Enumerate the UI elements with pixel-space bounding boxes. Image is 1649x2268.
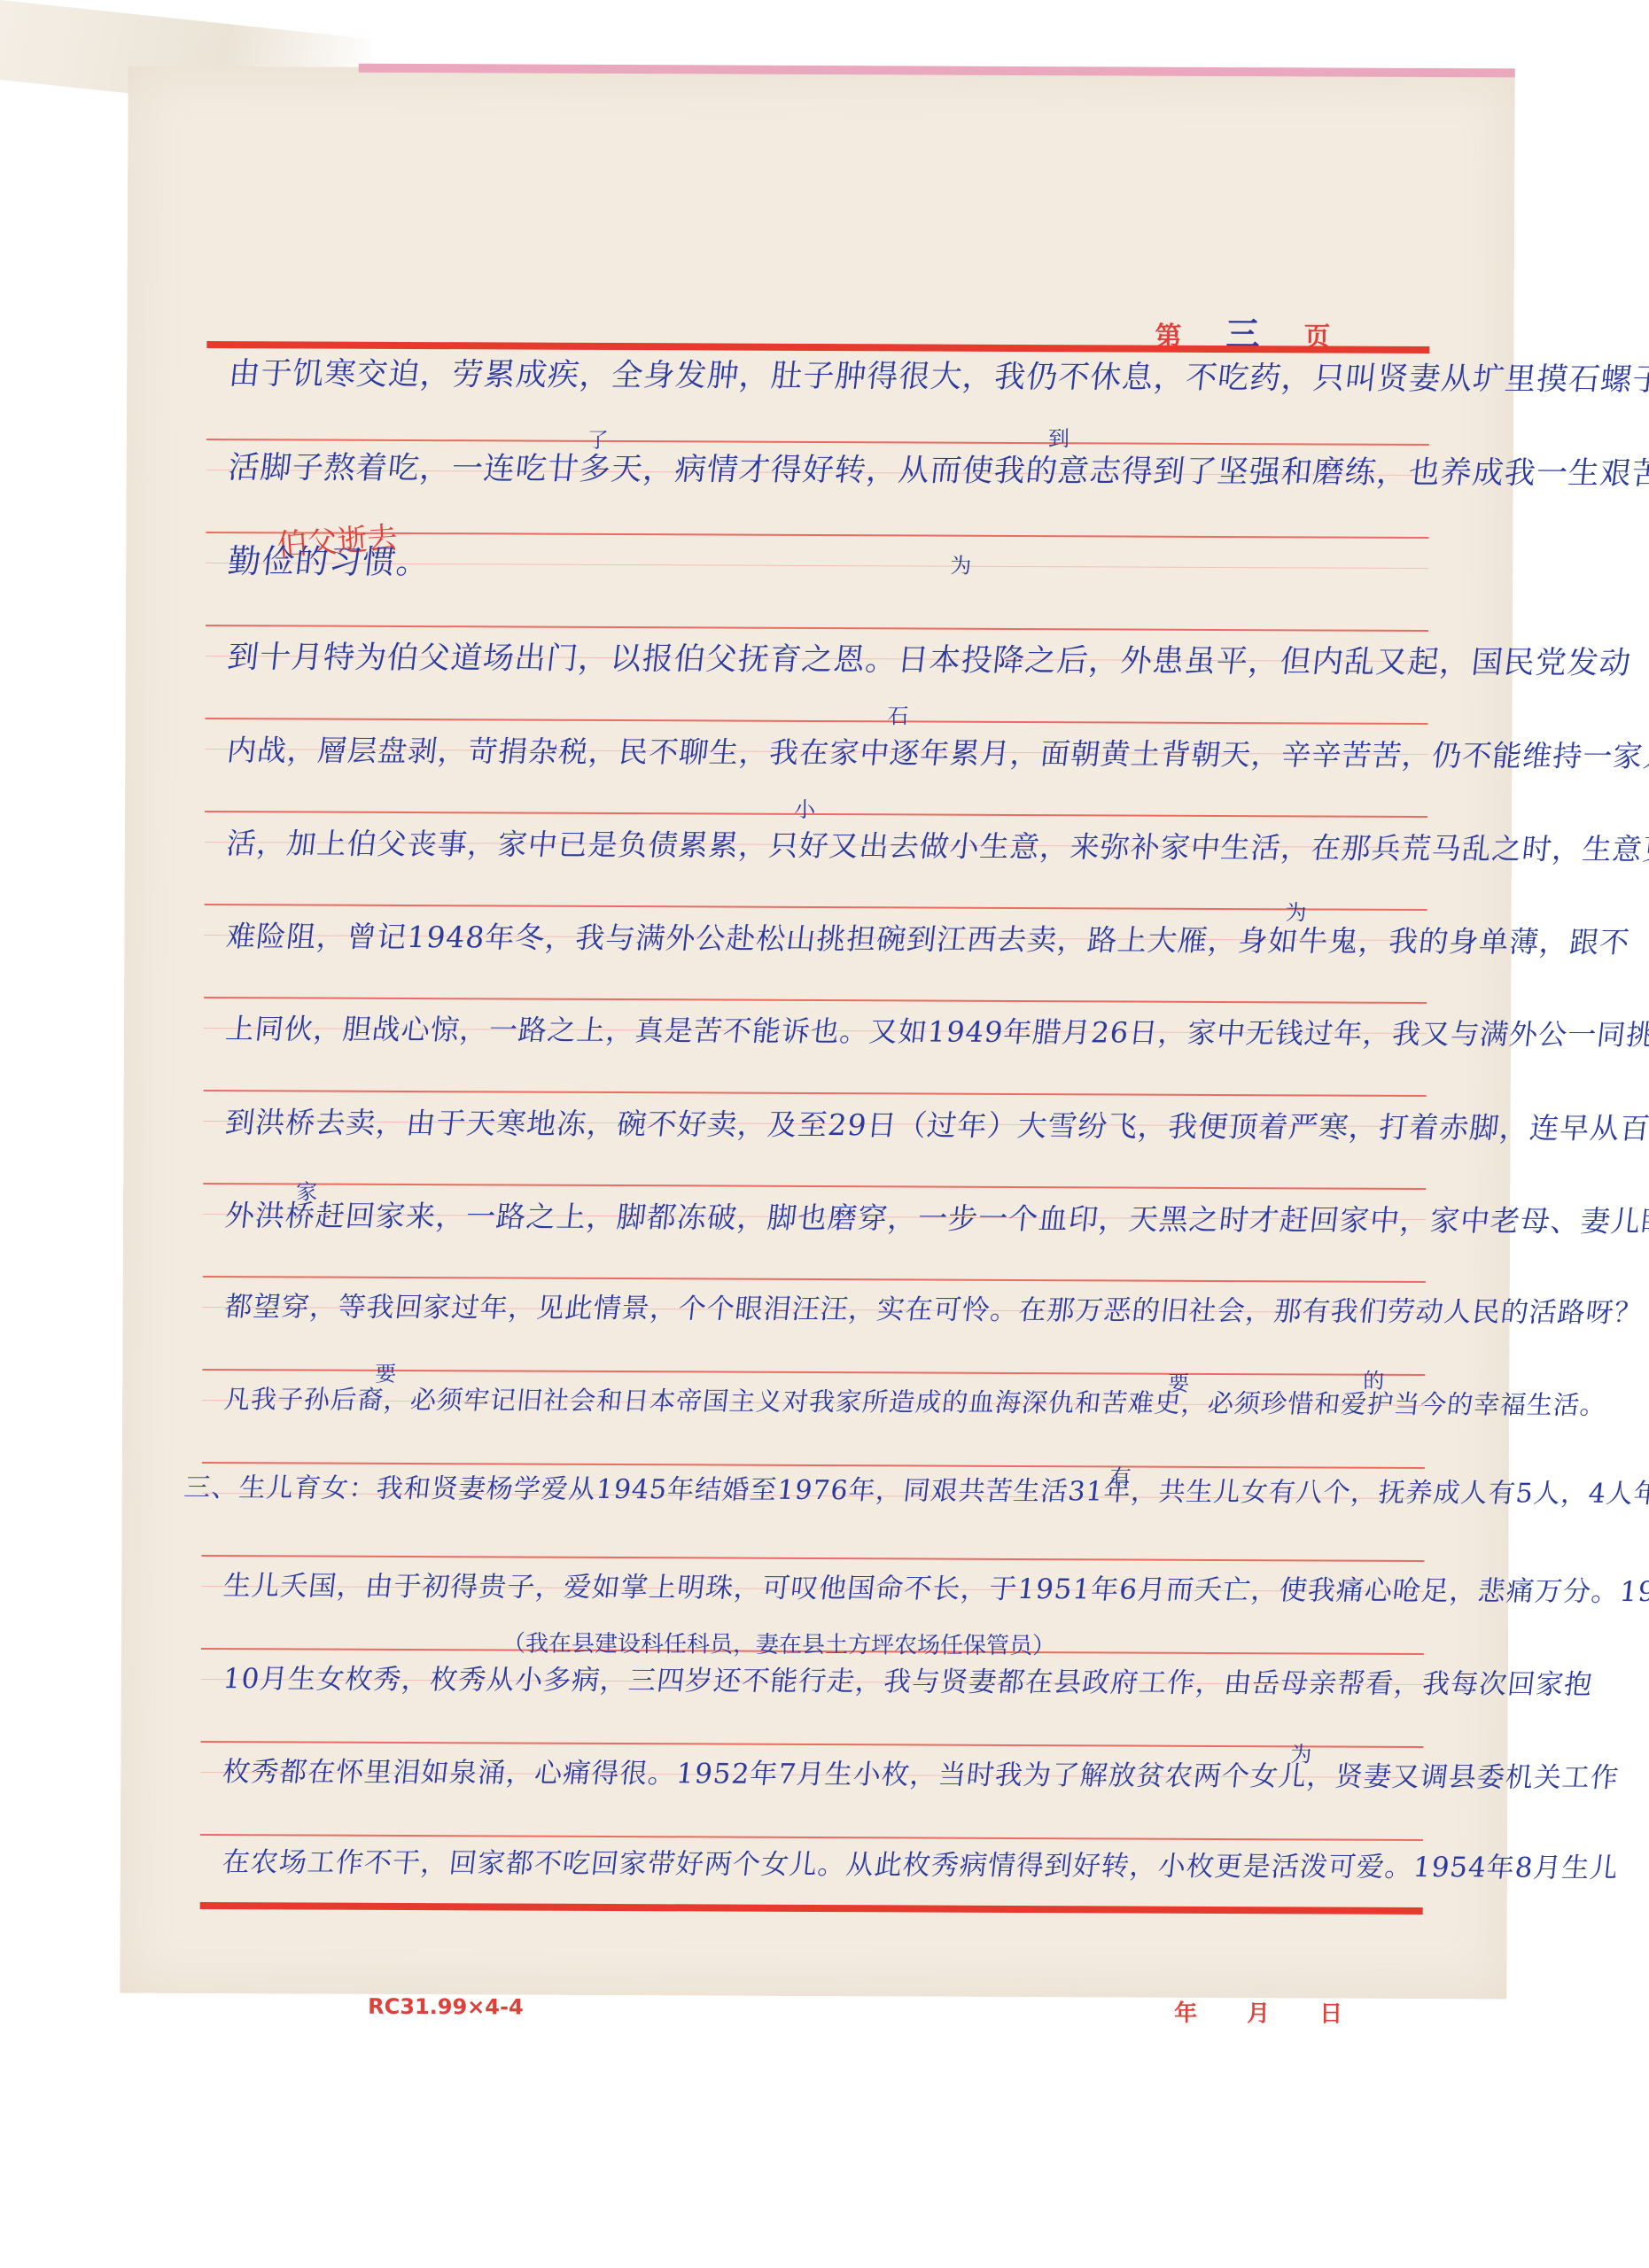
text-line-16: 枚秀都在怀里泪如泉涌，心痛得很。1952年7月生小枚，当时我为了解放贫农两个女儿…: [222, 1759, 1465, 1791]
caret-insert: 的: [1363, 1363, 1384, 1394]
ruled-line: [204, 1090, 1427, 1097]
text-line-1: 由于饥寒交迫，劳累成疾，全身发肿，肚子肿得很大，我仍不休息，不吃药，只叫贤妻从圹…: [227, 359, 1471, 395]
caret-insert: 要: [375, 1356, 396, 1387]
page-top-edge: [359, 64, 1515, 78]
caret-insert: 为: [950, 548, 971, 579]
text-line-4: 到十月特为伯父道场出门，以报伯父抚育之恩。日本投降之后，外患虽平，但内乱又起，国…: [226, 642, 1470, 679]
ruled-line: [206, 718, 1428, 725]
text-line-7: 难险阻，曾记1948年冬，我与满外公赴松山挑担碗到江西去卖，路上大雁，身如牛鬼，…: [225, 921, 1469, 956]
ruled-line: [202, 1462, 1425, 1469]
text-line-14: 生儿夭国，由于初得贵子，爱如掌上明珠，可叹他国命不长，于1951年6月而夭亡，使…: [222, 1573, 1466, 1605]
footer-rule: [200, 1902, 1423, 1915]
caret-insert: 为: [1290, 1736, 1311, 1767]
text-line-15: 10月生女枚秀，枚秀从小多病，三四岁还不能行走，我与贤妻都在县政府工作，由岳母亲…: [222, 1666, 1465, 1698]
text-line-3a: 勤俭的习惯。: [226, 542, 432, 581]
inserted-note-parenthetical: （我在县建设科任科员，妻在县土方坪农场任保管员）: [502, 1625, 1055, 1660]
date-day-label: 日: [1319, 1995, 1342, 2028]
ruled-line: [206, 439, 1429, 446]
manuscript-page: 第 三 页 伯父逝去 由于饥寒交迫，劳累成疾，全身发肿，肚子肿得很大，我仍不休息…: [120, 66, 1514, 2000]
ruled-line: [206, 625, 1428, 632]
ruled-line: [200, 1834, 1423, 1841]
caret-insert: 有: [1110, 1459, 1132, 1490]
text-line-3: 勤俭的习惯。: [226, 545, 1470, 583]
caret-insert: 到: [1048, 421, 1070, 452]
ruled-line: [203, 1276, 1426, 1283]
text-line-8: 上同伙，胆战心惊，一路之上，真是苦不能诉也。又如1949年腊月26日，家中无钱过…: [224, 1014, 1467, 1048]
caret-insert: 要: [1168, 1366, 1189, 1397]
text-line-11: 都望穿，等我回家过年，见此情景，个个眼泪汪汪，实在可怜。在那万恶的旧社会，那有我…: [223, 1293, 1466, 1326]
date-month-label: 月: [1247, 1995, 1270, 2028]
form-code: RC31.99×4-4: [368, 1994, 524, 2020]
ruled-line: [205, 811, 1427, 818]
text-line-10: 外洪桥赶回家来，一路之上，脚都冻破，脚也磨穿，一步一个血印，天黑之时才赶回家中，…: [223, 1200, 1467, 1235]
ruled-line: [203, 1183, 1426, 1190]
ruled-line: [200, 1741, 1423, 1748]
date-field: 年 月 日: [1174, 1995, 1342, 2029]
text-line-13-section-three: 三、生儿育女：我和贤妻杨学爱从1945年结婚至1976年，同艰共苦生活31年，共…: [183, 1475, 1426, 1507]
text-line-12: 凡我子孙后裔，必须牢记旧社会和日本帝国主义对我家所造成的血海深仇和苦难史，必须珍…: [223, 1386, 1466, 1417]
caret-insert: 小: [794, 792, 815, 823]
caret-insert: 石: [887, 698, 908, 729]
caret-insert: 了: [587, 423, 609, 454]
text-line-6: 活，加上伯父丧事，家中已是负债累累，只好又出去做小生意，来弥补家中生活，在那兵荒…: [225, 828, 1469, 863]
text-line-17: 在农场工作不干，回家都不吃回家带好两个女儿。从此枚秀病情得到好转，小枚更是活泼可…: [221, 1849, 1464, 1882]
ruled-line: [205, 904, 1427, 911]
ruled-line: [201, 1555, 1424, 1562]
date-year-label: 年: [1174, 1995, 1197, 2028]
caret-insert: 为: [1286, 895, 1307, 926]
caret-insert: 家: [296, 1174, 317, 1205]
text-line-9: 到洪桥去卖，由于天寒地冻，碗不好卖，及至29日（过年）大雪纷飞，我便顶着严寒，打…: [224, 1107, 1468, 1142]
ruled-line: [204, 997, 1427, 1004]
text-line-5: 内战，層层盘剥，苛捐杂税，民不聊生，我在家中逐年累月，面朝黄土背朝天，辛辛苦苦，…: [226, 735, 1470, 770]
text-line-2: 活脚子熬着吃，一连吃廿多天，病情才得好转，从而使我的意志得到了坚强和磨练，也养成…: [227, 453, 1471, 489]
